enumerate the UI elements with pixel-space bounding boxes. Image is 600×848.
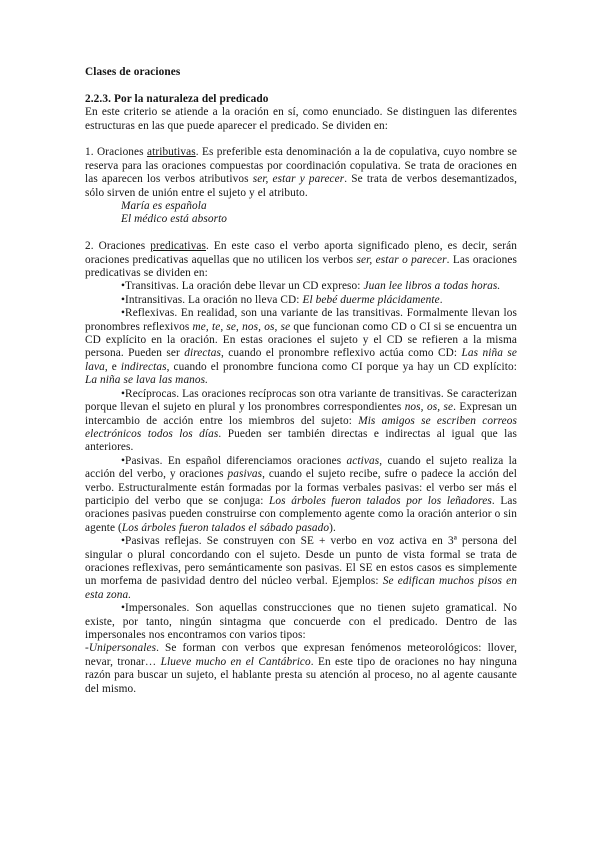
example-maria: María es española: [85, 200, 517, 213]
text-run: El médico está absorto: [121, 213, 227, 225]
text-run: activas: [347, 455, 380, 467]
text-run: •Transitivas. La oración debe llevar un …: [121, 280, 363, 292]
section-heading: 2.2.3. Por la naturaleza del predicado: [85, 93, 517, 106]
text-run: 2.2.3. Por la naturaleza del predicado: [85, 93, 269, 105]
text-run: pasivas: [227, 468, 262, 480]
document-page: Clases de oraciones 2.2.3. Por la natura…: [0, 0, 600, 848]
text-run: ser, estar y parecer: [253, 173, 345, 185]
text-run: •Impersonales. Son aquellas construccion…: [85, 602, 517, 641]
text-run: indirectas: [121, 361, 167, 373]
text-run: Llueve mucho en el Cantábrico: [161, 656, 311, 668]
text-run: directas: [184, 347, 221, 359]
paragraph-predicativas: 2. Oraciones predicativas. En este caso …: [85, 240, 517, 280]
text-run: .: [440, 294, 443, 306]
text-run: María es española: [121, 200, 207, 212]
bullet-reflexivas: •Reflexivas. En realidad, son una varian…: [85, 307, 517, 387]
text-run: •Intransitivas. La oración no lleva CD:: [121, 294, 302, 306]
text-run: En este criterio se atiende a la oración…: [85, 106, 517, 131]
text-run: me, te, se, nos, os, se: [193, 321, 291, 333]
text-run: Los árboles fueron talados por los leñad…: [269, 495, 492, 507]
intro-paragraph: En este criterio se atiende a la oración…: [85, 106, 517, 133]
bullet-impersonales: •Impersonales. Son aquellas construccion…: [85, 602, 517, 642]
bullet-reciprocas: •Recíprocas. Las oraciones recíprocas so…: [85, 388, 517, 455]
doc-title: Clases de oraciones: [85, 66, 517, 79]
text-run: Los árboles fueron talados el sábado pas…: [122, 522, 329, 534]
text-run: Clases de oraciones: [85, 66, 180, 78]
text-run: , cuando el pronombre funciona como CI p…: [167, 361, 517, 373]
text-run: Juan lee libros a todas horas.: [363, 280, 500, 292]
text-run: ser, estar o parecer: [357, 254, 447, 266]
text-run: , e: [105, 361, 121, 373]
text-run: atributivas: [147, 146, 196, 158]
text-run: El bebé duerme plácidamente: [302, 294, 439, 306]
paragraph-unipersonales: -Unipersonales. Se forman con verbos que…: [85, 642, 517, 696]
text-run: ).: [329, 522, 336, 534]
bullet-pasivas: •Pasivas. En español diferenciamos oraci…: [85, 455, 517, 535]
text-run: Unipersonales: [89, 642, 156, 654]
text-run: 2. Oraciones: [85, 240, 150, 252]
bullet-pasivas-reflejas: •Pasivas reflejas. Se construyen con SE …: [85, 535, 517, 602]
bullet-intransitivas: •Intransitivas. La oración no lleva CD: …: [85, 294, 517, 307]
text-run: predicativas: [150, 240, 206, 252]
text-run: , cuando el pronombre reflexivo actúa co…: [221, 347, 462, 359]
paragraph-atributivas: 1. Oraciones atributivas. Es preferible …: [85, 146, 517, 200]
example-medico: El médico está absorto: [85, 213, 517, 226]
text-run: La niña se lava las manos.: [85, 374, 208, 386]
text-run: •Pasivas. En español diferenciamos oraci…: [121, 455, 347, 467]
text-run: 1. Oraciones: [85, 146, 147, 158]
text-run: nos, os, se: [405, 401, 453, 413]
bullet-transitivas: •Transitivas. La oración debe llevar un …: [85, 280, 517, 293]
